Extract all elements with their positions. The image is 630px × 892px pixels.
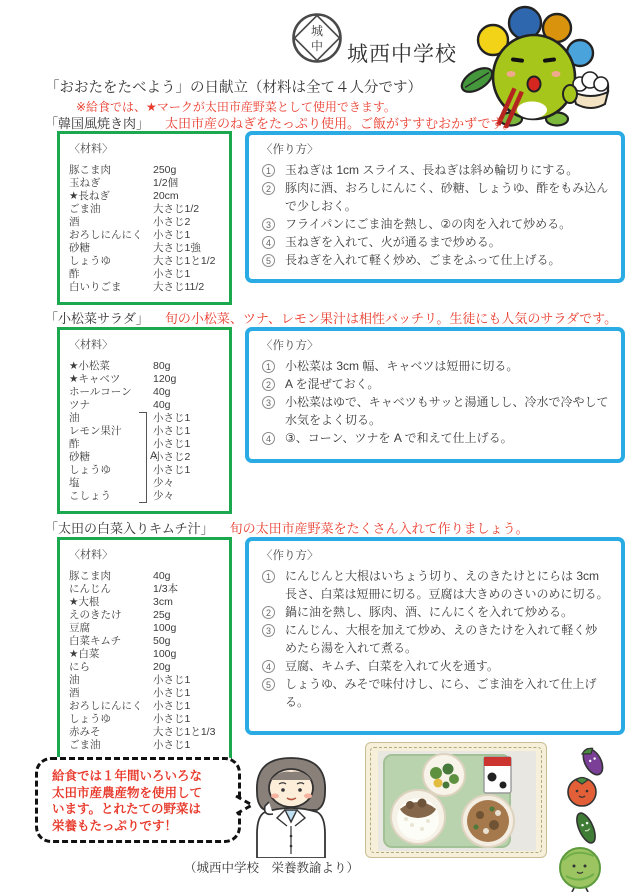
ingredient-row: 砂糖大さじ1強 bbox=[69, 242, 223, 255]
step-number-badge: 1 bbox=[262, 360, 275, 373]
ingredient-amount: 100g bbox=[153, 648, 176, 661]
ingredient-name: 白菜キムチ bbox=[69, 635, 153, 648]
ingredient-name: 赤みそ bbox=[69, 726, 153, 739]
ingredient-name: しょうゆ bbox=[69, 713, 153, 726]
ingredient-row: 酒小さじ2 bbox=[69, 216, 223, 229]
step-text: 鍋に油を熱し、豚肉、酒、にんにくを入れて炒める。 bbox=[285, 605, 573, 619]
ingredient-row: しょうゆ大さじ1と1/2 bbox=[69, 255, 223, 268]
recipe-step: 4③、コーン、ツナを A で和えて仕上げる。 bbox=[261, 429, 609, 447]
ingredients-list: 豚こま肉40g にんじん1/3本 ★大根3cm えのきたけ25g 豆腐100g … bbox=[69, 570, 223, 752]
step-text: にんじんと大根はいちょう切り、えのきたけとにらは 3cm 長さ、白菜は短冊に切る… bbox=[285, 569, 609, 601]
steps-title: 〈作り方〉 bbox=[261, 339, 609, 353]
ingredient-name: 油 bbox=[69, 674, 153, 687]
ingredient-amount: 少々 bbox=[153, 477, 174, 490]
ingredient-row: えのきたけ25g bbox=[69, 609, 223, 622]
step-text: 玉ねぎは 1cm スライス、長ねぎは斜め輪切りにする。 bbox=[285, 163, 578, 177]
ingredients-title: 〈材料〉 bbox=[69, 142, 223, 156]
ingredient-name: ★白菜 bbox=[69, 648, 153, 661]
ingredient-row: ★白菜100g bbox=[69, 648, 223, 661]
ingredient-row: ★キャベツ120g bbox=[69, 373, 223, 386]
recipe-1-header: 「韓国風焼き肉」太田市産のねぎをたっぷり使用。ご飯がすすむおかずです。 bbox=[45, 113, 516, 132]
step-text: 小松菜はゆで、キャベツもサッと湯通しし、冷水で冷やして水気をよく切る。 bbox=[285, 395, 609, 427]
ingredient-amount: 小さじ1 bbox=[153, 438, 190, 451]
ingredient-row: ★大根3cm bbox=[69, 596, 223, 609]
school-mascot-illustration bbox=[453, 0, 630, 128]
recipe-1-steps-box: 〈作り方〉 1玉ねぎは 1cm スライス、長ねぎは斜め輪切りにする。 2豚肉に酒… bbox=[245, 131, 625, 283]
ingredient-name: 豆腐 bbox=[69, 622, 153, 635]
recipe-step: 5長ねぎを入れて軽く炒め、ごまをふって仕上げる。 bbox=[261, 251, 609, 269]
tomato-icon bbox=[568, 778, 596, 807]
cabbage-icon bbox=[560, 848, 600, 892]
ingredient-row: おろしにんにく小さじ1 bbox=[69, 229, 223, 242]
recipe-step: 3にんじん、大根を加えて炒め、えのきたけを入れて軽く炒めたら湯を入れて煮る。 bbox=[261, 621, 609, 657]
ingredient-amount: 100g bbox=[153, 622, 176, 635]
ingredient-name: にんじん bbox=[69, 583, 153, 596]
page-title: 「おおたをたべよう」の日献立（材料は全て４人分です） bbox=[45, 76, 422, 97]
ingredient-row: ★長ねぎ20cm bbox=[69, 190, 223, 203]
step-text: 小松菜は 3cm 幅、キャベツは短冊に切る。 bbox=[285, 359, 518, 373]
step-number-badge: 5 bbox=[262, 678, 275, 691]
ingredient-row: 白菜キムチ50g bbox=[69, 635, 223, 648]
ingredient-name: 砂糖 bbox=[69, 242, 153, 255]
ingredient-name: 白いりごま bbox=[69, 281, 153, 294]
ingredient-row: 油小さじ1 bbox=[69, 674, 223, 687]
ingredient-amount: 小さじ1 bbox=[153, 713, 190, 726]
cucumber-icon bbox=[573, 811, 599, 846]
ingredient-amount: 大さじ1と1/3 bbox=[153, 726, 215, 739]
step-number-badge: 3 bbox=[262, 396, 275, 409]
step-number-badge: 4 bbox=[262, 236, 275, 249]
steps-title: 〈作り方〉 bbox=[261, 143, 609, 157]
ingredient-amount: 25g bbox=[153, 609, 171, 622]
step-text: にんじん、大根を加えて炒め、えのきたけを入れて軽く炒めたら湯を入れて煮る。 bbox=[285, 623, 597, 655]
step-text: A を混ぜておく。 bbox=[285, 377, 379, 391]
recipe-3-name: 「太田の白菜入りキムチ汁」 bbox=[45, 521, 214, 536]
ingredient-row: 酒小さじ1 bbox=[69, 687, 223, 700]
steps-list: 1にんじんと大根はいちょう切り、えのきたけとにらは 3cm 長さ、白菜は短冊に切… bbox=[261, 567, 609, 711]
step-number-badge: 4 bbox=[262, 432, 275, 445]
lunch-tray-photo bbox=[366, 743, 548, 859]
recipe-1-ingredients-box: 〈材料〉 豚こま肉250g 玉ねぎ1/2個 ★長ねぎ20cm ごま油大さじ1/2… bbox=[57, 131, 232, 305]
ingredient-row: 豆腐100g bbox=[69, 622, 223, 635]
ingredient-amount: 小さじ2 bbox=[153, 451, 190, 464]
ingredient-amount: 少々 bbox=[153, 490, 174, 503]
teacher-icon bbox=[243, 746, 339, 858]
ingredient-amount: 小さじ1 bbox=[153, 687, 190, 700]
seasoning-group-bracket bbox=[139, 412, 147, 503]
ingredient-name: ★大根 bbox=[69, 596, 153, 609]
step-text: 長ねぎを入れて軽く炒め、ごまをふって仕上げる。 bbox=[285, 253, 561, 267]
vegetable-mascot-icon bbox=[453, 0, 630, 128]
school-lunch-menu-page: 城 中 城西中学校 bbox=[0, 0, 630, 892]
recipe-2-description: 旬の小松菜、ツナ、レモン果汁は相性バッチリ。生徒にも人気のサラダです。 bbox=[165, 311, 617, 326]
ingredient-amount: 3cm bbox=[153, 596, 173, 609]
ingredient-amount: 250g bbox=[153, 164, 176, 177]
ingredient-amount: 1/3本 bbox=[153, 583, 178, 596]
recipe-3-steps-box: 〈作り方〉 1にんじんと大根はいちょう切り、えのきたけとにらは 3cm 長さ、白… bbox=[245, 537, 625, 735]
ingredient-row: にんじん1/3本 bbox=[69, 583, 223, 596]
ingredient-name: ツナ bbox=[69, 399, 153, 412]
step-number-badge: 2 bbox=[262, 606, 275, 619]
recipe-3-description: 旬の太田市産野菜をたくさん入れて作りましょう。 bbox=[230, 521, 529, 536]
ingredient-name: 酒 bbox=[69, 216, 153, 229]
step-number-badge: 3 bbox=[262, 218, 275, 231]
step-text: しょうゆ、みそで味付けし、にら、ごま油を入れて仕上げる。 bbox=[285, 677, 597, 709]
ingredient-amount: 小さじ1 bbox=[153, 464, 190, 477]
ingredient-row: ツナ40g bbox=[69, 399, 223, 412]
ingredient-row: 酢小さじ1 bbox=[69, 268, 223, 281]
ingredient-name: おろしにんにく bbox=[69, 229, 153, 242]
speech-bubble-line: います。とれたての野菜は bbox=[52, 801, 228, 818]
recipe-1-description: 太田市産のねぎをたっぷり使用。ご飯がすすむおかずです。 bbox=[165, 116, 515, 131]
recipe-step: 4玉ねぎを入れて、火が通るまで炒める。 bbox=[261, 233, 609, 251]
ingredient-name: にら bbox=[69, 661, 153, 674]
ingredient-row: しょうゆ小さじ1 bbox=[69, 713, 223, 726]
ingredient-row: ごま油大さじ1/2 bbox=[69, 203, 223, 216]
recipe-2-header: 「小松菜サラダ」旬の小松菜、ツナ、レモン果汁は相性バッチリ。生徒にも人気のサラダ… bbox=[45, 308, 617, 327]
recipe-step: 5しょうゆ、みそで味付けし、にら、ごま油を入れて仕上げる。 bbox=[261, 675, 609, 711]
ingredient-amount: 40g bbox=[153, 570, 171, 583]
steps-title: 〈作り方〉 bbox=[261, 549, 609, 563]
step-number-badge: 1 bbox=[262, 164, 275, 177]
recipe-step: 2鍋に油を熱し、豚肉、酒、にんにくを入れて炒める。 bbox=[261, 603, 609, 621]
ingredient-amount: 小さじ1 bbox=[153, 739, 190, 752]
lunch-photo-frame bbox=[365, 742, 547, 858]
seasoning-group-label: A bbox=[150, 450, 157, 462]
recipe-2-name: 「小松菜サラダ」 bbox=[45, 311, 149, 326]
ingredient-amount: 小さじ1 bbox=[153, 700, 190, 713]
ingredient-row: 白いりごま大さじ11/2 bbox=[69, 281, 223, 294]
ingredient-row: ホールコーン40g bbox=[69, 386, 223, 399]
ingredient-row: ごま油小さじ1 bbox=[69, 739, 223, 752]
ingredient-name: おろしにんにく bbox=[69, 700, 153, 713]
ingredient-amount: 小さじ1 bbox=[153, 412, 190, 425]
eggplant-icon bbox=[579, 746, 606, 778]
ingredient-amount: 小さじ2 bbox=[153, 216, 190, 229]
step-number-badge: 4 bbox=[262, 660, 275, 673]
ingredient-name: ホールコーン bbox=[69, 386, 153, 399]
ingredient-row: にら20g bbox=[69, 661, 223, 674]
ingredient-amount: 20cm bbox=[153, 190, 179, 203]
speech-bubble-line: 栄養もたっぷりです！ bbox=[52, 818, 228, 835]
ingredient-row: 豚こま肉40g bbox=[69, 570, 223, 583]
step-number-badge: 2 bbox=[262, 182, 275, 195]
step-number-badge: 1 bbox=[262, 570, 275, 583]
ingredient-amount: 50g bbox=[153, 635, 171, 648]
ingredient-amount: 20g bbox=[153, 661, 171, 674]
recipe-step: 2豚肉に酒、おろしにんにく、砂糖、しょうゆ、酢をもみ込んで少しおく。 bbox=[261, 179, 609, 215]
ingredient-amount: 大さじ11/2 bbox=[153, 281, 204, 294]
recipe-step: 1にんじんと大根はいちょう切り、えのきたけとにらは 3cm 長さ、白菜は短冊に切… bbox=[261, 567, 609, 603]
ingredient-amount: 小さじ1 bbox=[153, 268, 190, 281]
step-number-badge: 5 bbox=[262, 254, 275, 267]
ingredient-amount: 大さじ1強 bbox=[153, 242, 201, 255]
school-name: 城西中学校 bbox=[347, 38, 457, 68]
svg-text:中: 中 bbox=[311, 38, 323, 53]
steps-list: 1小松菜は 3cm 幅、キャベツは短冊に切る。 2A を混ぜておく。 3小松菜は… bbox=[261, 357, 609, 447]
recipe-step: 1玉ねぎは 1cm スライス、長ねぎは斜め輪切りにする。 bbox=[261, 161, 609, 179]
ingredient-amount: 大さじ1/2 bbox=[153, 203, 199, 216]
ingredient-name: 酒 bbox=[69, 687, 153, 700]
step-text: フライパンにごま油を熱し、②の肉を入れて炒める。 bbox=[285, 217, 571, 231]
recipe-step: 3フライパンにごま油を熱し、②の肉を入れて炒める。 bbox=[261, 215, 609, 233]
step-number-badge: 2 bbox=[262, 378, 275, 391]
recipe-step: 2A を混ぜておく。 bbox=[261, 375, 609, 393]
steps-list: 1玉ねぎは 1cm スライス、長ねぎは斜め輪切りにする。 2豚肉に酒、おろしにん… bbox=[261, 161, 609, 269]
school-emblem-icon: 城 中 bbox=[291, 12, 343, 64]
ingredient-row: 玉ねぎ1/2個 bbox=[69, 177, 223, 190]
ingredient-name: えのきたけ bbox=[69, 609, 153, 622]
step-text: 豚肉に酒、おろしにんにく、砂糖、しょうゆ、酢をもみ込んで少しおく。 bbox=[285, 181, 608, 213]
ingredient-name: しょうゆ bbox=[69, 255, 153, 268]
ingredient-name: 酢 bbox=[69, 268, 153, 281]
speech-bubble-line: 給食では１年間いろいろな bbox=[52, 768, 228, 785]
ingredient-name: ごま油 bbox=[69, 203, 153, 216]
ingredient-name: 玉ねぎ bbox=[69, 177, 153, 190]
ingredient-amount: 80g bbox=[153, 360, 171, 373]
speech-bubble-line: 太田市産農産物を使用して bbox=[52, 785, 228, 802]
ingredients-title: 〈材料〉 bbox=[69, 338, 223, 352]
ingredient-name: ごま油 bbox=[69, 739, 153, 752]
recipe-2-ingredients-box: 〈材料〉 ★小松菜80g ★キャベツ120g ホールコーン40g ツナ40g 油… bbox=[57, 327, 232, 514]
ingredient-amount: 小さじ1 bbox=[153, 229, 190, 242]
speech-bubble: 給食では１年間いろいろな 太田市産農産物を使用して います。とれたての野菜は 栄… bbox=[35, 757, 241, 843]
recipe-1-name: 「韓国風焼き肉」 bbox=[45, 116, 149, 131]
recipe-step: 1小松菜は 3cm 幅、キャベツは短冊に切る。 bbox=[261, 357, 609, 375]
recipe-3-ingredients-box: 〈材料〉 豚こま肉40g にんじん1/3本 ★大根3cm えのきたけ25g 豆腐… bbox=[57, 537, 232, 763]
vegetable-characters-icon bbox=[556, 744, 630, 892]
step-text: ③、コーン、ツナを A で和えて仕上げる。 bbox=[285, 431, 513, 445]
recipe-2-steps-box: 〈作り方〉 1小松菜は 3cm 幅、キャベツは短冊に切る。 2A を混ぜておく。… bbox=[245, 327, 625, 463]
step-text: 豆腐、キムチ、白菜を入れて火を通す。 bbox=[285, 659, 499, 673]
teacher-caption: （城西中学校 栄養教諭より） bbox=[184, 858, 359, 876]
step-text: 玉ねぎを入れて、火が通るまで炒める。 bbox=[285, 235, 501, 249]
ingredients-list: 豚こま肉250g 玉ねぎ1/2個 ★長ねぎ20cm ごま油大さじ1/2 酒小さじ… bbox=[69, 164, 223, 294]
ingredient-name: ★小松菜 bbox=[69, 360, 153, 373]
recipe-step: 3小松菜はゆで、キャベツもサッと湯通しし、冷水で冷やして水気をよく切る。 bbox=[261, 393, 609, 429]
ingredient-row: 豚こま肉250g bbox=[69, 164, 223, 177]
recipe-3-header: 「太田の白菜入りキムチ汁」旬の太田市産野菜をたくさん入れて作りましょう。 bbox=[45, 518, 529, 537]
school-logo: 城 中 bbox=[291, 12, 343, 64]
ingredient-amount: 40g bbox=[153, 386, 171, 399]
ingredients-title: 〈材料〉 bbox=[69, 548, 223, 562]
ingredient-name: ★キャベツ bbox=[69, 373, 153, 386]
vegetable-characters bbox=[556, 744, 630, 892]
ingredient-row: ★小松菜80g bbox=[69, 360, 223, 373]
ingredient-amount: 小さじ1 bbox=[153, 425, 190, 438]
ingredient-name: ★長ねぎ bbox=[69, 190, 153, 203]
step-number-badge: 3 bbox=[262, 624, 275, 637]
ingredient-amount: 小さじ1 bbox=[153, 674, 190, 687]
ingredient-name: 豚こま肉 bbox=[69, 570, 153, 583]
ingredient-name: 豚こま肉 bbox=[69, 164, 153, 177]
ingredient-amount: 120g bbox=[153, 373, 176, 386]
recipe-step: 4豆腐、キムチ、白菜を入れて火を通す。 bbox=[261, 657, 609, 675]
svg-text:城: 城 bbox=[311, 24, 323, 38]
nutrition-teacher-illustration bbox=[243, 746, 339, 858]
ingredient-amount: 1/2個 bbox=[153, 177, 178, 190]
ingredient-row: おろしにんにく小さじ1 bbox=[69, 700, 223, 713]
ingredient-amount: 40g bbox=[153, 399, 171, 412]
ingredient-amount: 大さじ1と1/2 bbox=[153, 255, 215, 268]
ingredient-row: 赤みそ大さじ1と1/3 bbox=[69, 726, 223, 739]
speech-bubble-lines: 給食では１年間いろいろな 太田市産農産物を使用して います。とれたての野菜は 栄… bbox=[52, 768, 228, 834]
